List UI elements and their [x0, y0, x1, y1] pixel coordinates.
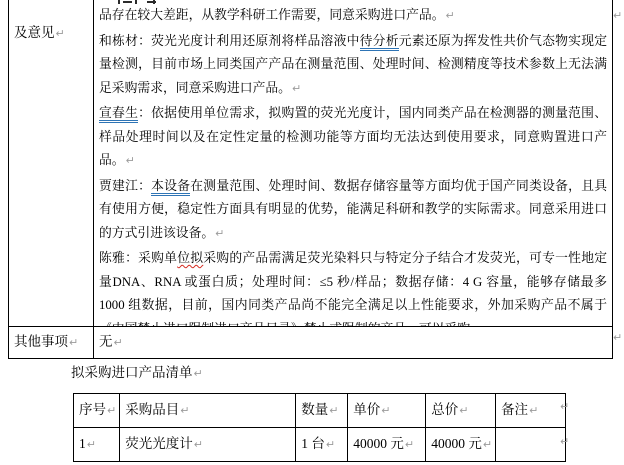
opinion-label: 及意见 — [14, 25, 55, 40]
list-header-cell[interactable]: 序号↵ — [74, 394, 120, 428]
opinion-content-cell[interactable]: 品存在较大差距，从教学科研工作需要，同意采购进口产品。↵和栋材：荧光光度计利用还… — [94, 0, 612, 326]
cell-text: 采购品目 — [125, 402, 179, 417]
opinion-paragraph[interactable]: 宣春生：依据使用单位需求，拟购置的荧光光度计，国内同类产品在检测器的测量范围、样… — [99, 102, 607, 173]
list-header-cell[interactable]: 单价↵ — [348, 394, 426, 428]
cell-text: 40000 元 — [431, 436, 482, 451]
opinion-table: 及意见↵ 品存在较大差距，从教学科研工作需要，同意采购进口产品。↵和栋材：荧光光… — [8, 0, 613, 359]
list-data-cell[interactable]: 40000 元↵ — [348, 428, 426, 462]
other-items-label-cell[interactable]: 其他事项↵ — [9, 327, 94, 358]
other-items-value: 无 — [99, 334, 113, 349]
opinion-label-cell[interactable]: 及意见↵ — [9, 0, 94, 326]
list-header-row: 序号↵采购品目↵数量↵单价↵总价↵备注↵ — [74, 394, 566, 428]
paragraph-mark: ↵ — [329, 404, 338, 417]
row-end-mark: ↵ — [613, 331, 622, 344]
cell-text: 1 台 — [301, 436, 325, 451]
list-header-cell[interactable]: 数量↵ — [296, 394, 348, 428]
list-caption[interactable]: 拟采购进口产品清单↵ — [71, 364, 203, 383]
paragraph-mark: ↵ — [114, 336, 123, 349]
paragraph-text: ：依据使用单位需求，拟购置的荧光光度计，国内同类产品在检测器的测量范围、样品处理… — [99, 106, 607, 167]
paragraph-mark: ↵ — [56, 27, 65, 40]
cell-text: 总价 — [431, 402, 458, 417]
paragraph-mark: ↵ — [484, 323, 493, 327]
paragraph-mark: ↵ — [446, 9, 455, 22]
paragraph-mark: ↵ — [69, 336, 78, 349]
paragraph-mark: ↵ — [107, 404, 116, 417]
cell-text: 序号 — [79, 402, 106, 417]
opinion-paragraph[interactable]: 和栋材：荧光光度计利用还原剂将样品溶液中待分析元素还原为挥发性共价气态物实现定量… — [99, 30, 607, 101]
spell-marked-text: 位拟 — [177, 251, 203, 265]
list-caption-text: 拟采购进口产品清单 — [71, 365, 193, 380]
opinion-paragraph[interactable]: 贾建江：本设备在测量范围、处理时间、数据存储容量等方面均优于国产同类设备，且具有… — [99, 175, 607, 246]
paragraph-mark: ↵ — [381, 404, 390, 417]
paragraph-text: 陈雅：采购单 — [99, 251, 177, 265]
other-items-row: 其他事项↵ 无↵ — [9, 327, 612, 359]
document-page: 及意见↵ 品存在较大差距，从教学科研工作需要，同意采购进口产品。↵和栋材：荧光光… — [0, 0, 624, 465]
other-items-label: 其他事项 — [14, 334, 68, 349]
list-header-cell[interactable]: 总价↵ — [426, 394, 496, 428]
list-data-cell[interactable] — [496, 428, 566, 462]
list-data-cell[interactable]: 1 台↵ — [296, 428, 348, 462]
cell-text: 荧光光度计 — [125, 436, 193, 451]
paragraph-mark: ↵ — [194, 438, 203, 451]
row-end-mark: ↵ — [560, 435, 569, 448]
paragraph-mark: ↵ — [483, 438, 492, 451]
cell-text: 单价 — [353, 402, 380, 417]
list-data-cell[interactable]: 荧光光度计↵ — [120, 428, 296, 462]
opinion-paragraph[interactable]: 品存在较大差距，从教学科研工作需要，同意采购进口产品。↵ — [99, 4, 607, 28]
opinion-row: 及意见↵ 品存在较大差距，从教学科研工作需要，同意采购进口产品。↵和栋材：荧光光… — [9, 0, 612, 327]
paragraph-mark: ↵ — [405, 438, 414, 451]
list-data-row: 1↵荧光光度计↵1 台↵40000 元↵40000 元↵ — [74, 428, 566, 462]
grammar-marked-text: 本设备 — [151, 179, 190, 196]
paragraph-text: 品存在较大差距，从教学科研工作需要，同意采购进口产品。 — [99, 8, 445, 22]
row-end-mark: ↵ — [560, 400, 569, 413]
cell-text: 备注 — [501, 402, 528, 417]
paragraph-mark: ↵ — [180, 404, 189, 417]
opinion-paragraph[interactable]: 陈雅：采购单位拟采购的产品需满足荧光染料只与特定分子结合才发荧光，可专一性地定量… — [99, 247, 607, 326]
list-header-cell[interactable]: 备注↵ — [496, 394, 566, 428]
paragraph-mark: ↵ — [126, 154, 135, 167]
paragraph-mark: ↵ — [292, 82, 301, 95]
paragraph-mark: ↵ — [87, 438, 96, 451]
paragraph-mark: ↵ — [459, 404, 468, 417]
cell-text: 1 — [79, 436, 86, 451]
list-data-cell[interactable]: 1↵ — [74, 428, 120, 462]
list-header-cell[interactable]: 采购品目↵ — [120, 394, 296, 428]
import-product-list-table: 序号↵采购品目↵数量↵单价↵总价↵备注↵ 1↵荧光光度计↵1 台↵40000 元… — [73, 393, 566, 462]
paragraph-mark: ↵ — [529, 404, 538, 417]
row-end-mark: ↵ — [613, 9, 622, 22]
other-items-content-cell[interactable]: 无↵ — [94, 327, 612, 358]
paragraph-text: 和栋材：荧光光度计利用还原剂将样品溶液中 — [99, 34, 360, 48]
grammar-marked-text: 待分析 — [360, 34, 399, 51]
list-data-cell[interactable]: 40000 元↵ — [426, 428, 496, 462]
grammar-marked-text: 宣春生 — [99, 106, 138, 123]
paragraph-mark: ↵ — [194, 367, 203, 380]
paragraph-text: 贾建江： — [99, 179, 151, 193]
paragraph-mark: ↵ — [326, 438, 335, 451]
cell-text: 数量 — [301, 402, 328, 417]
paragraph-mark: ↵ — [215, 227, 224, 240]
cell-text: 40000 元 — [353, 436, 404, 451]
